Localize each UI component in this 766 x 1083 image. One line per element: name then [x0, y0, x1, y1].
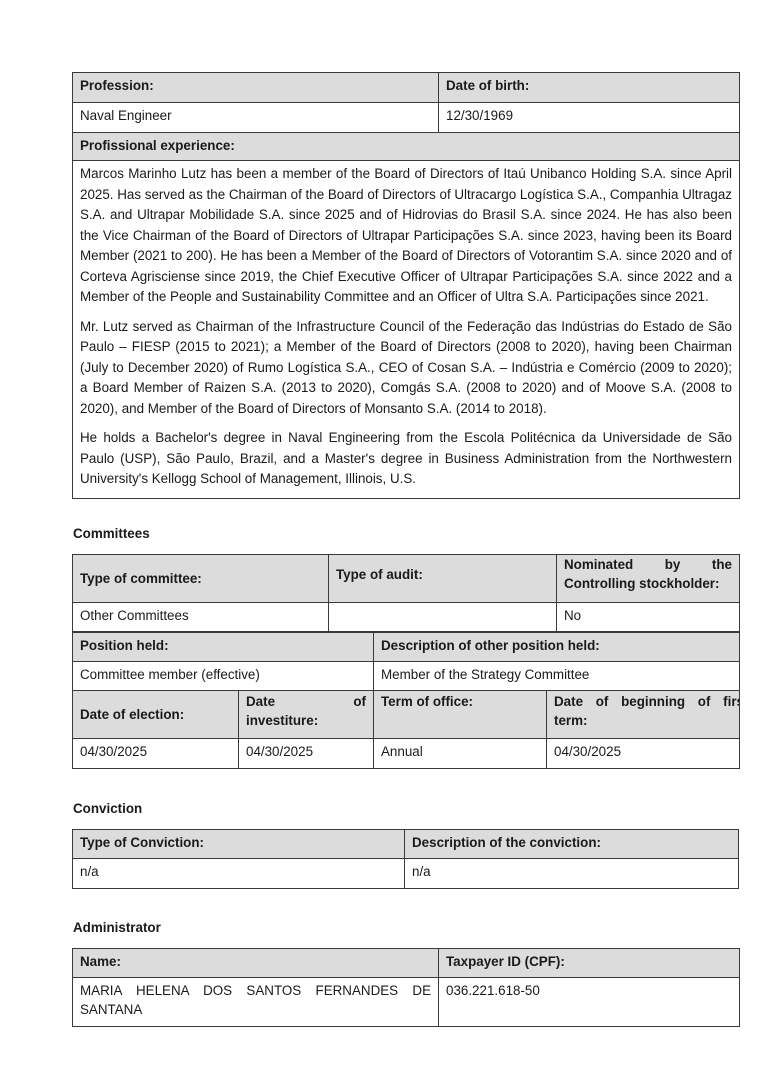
nominated-value: No [557, 603, 740, 632]
first-term-line1: Date of beginning of first [554, 692, 739, 711]
date-of-investiture-value: 04/30/2025 [239, 739, 374, 769]
profession-value: Naval Engineer [73, 103, 439, 133]
investiture-line1: Date of [246, 692, 366, 711]
committee-position-table: Position held: Description of other posi… [72, 632, 740, 769]
first-term-value: 04/30/2025 [547, 739, 740, 769]
committees-title: Committees [73, 526, 150, 541]
type-of-committee-value: Other Committees [73, 603, 329, 632]
other-position-value: Member of the Strategy Committee [374, 662, 740, 691]
administrator-cpf-value: 036.221.618-50 [439, 978, 740, 1027]
profession-label: Profession: [73, 73, 439, 103]
experience-paragraph: Mr. Lutz served as Chairman of the Infra… [80, 317, 732, 420]
administrator-title: Administrator [73, 920, 161, 935]
date-of-election-value: 04/30/2025 [73, 739, 239, 769]
conviction-title: Conviction [73, 801, 142, 816]
conviction-description-label: Description of the conviction: [405, 830, 739, 859]
administrator-table: Name: Taxpayer ID (CPF): MARIA HELENA DO… [72, 948, 740, 1027]
administrator-name-value: MARIA HELENA DOS SANTOS FERNANDES DE SAN… [73, 978, 439, 1027]
administrator-name-label: Name: [73, 949, 439, 978]
conviction-table: Type of Conviction: Description of the c… [72, 829, 739, 889]
type-of-audit-label: Type of audit: [329, 555, 557, 603]
nominated-label: Nominated by the Controlling stockholder… [557, 555, 740, 603]
position-held-value: Committee member (effective) [73, 662, 374, 691]
type-of-committee-label: Type of committee: [73, 555, 329, 603]
experience-text: Marcos Marinho Lutz has been a member of… [73, 161, 740, 499]
type-of-audit-value [329, 603, 557, 632]
experience-label: Profissional experience: [73, 133, 740, 161]
conviction-type-label: Type of Conviction: [73, 830, 405, 859]
date-of-election-label: Date of election: [73, 691, 239, 739]
first-term-line2: term: [554, 711, 739, 730]
nominated-label-line1: Nominated by the [564, 555, 732, 574]
dob-label: Date of birth: [439, 73, 740, 103]
other-position-label: Description of other position held: [374, 633, 740, 662]
date-of-investiture-label: Date of investiture: [239, 691, 374, 739]
conviction-type-value: n/a [73, 859, 405, 889]
profile-table: Profession: Date of birth: Naval Enginee… [72, 72, 740, 499]
nominated-label-line2: Controlling stockholder: [564, 574, 732, 593]
term-of-office-value: Annual [374, 739, 547, 769]
first-term-label: Date of beginning of first term: [547, 691, 740, 739]
investiture-line2: investiture: [246, 711, 366, 730]
administrator-cpf-label: Taxpayer ID (CPF): [439, 949, 740, 978]
conviction-description-value: n/a [405, 859, 739, 889]
term-of-office-label: Term of office: [374, 691, 547, 739]
experience-paragraph: Marcos Marinho Lutz has been a member of… [80, 164, 732, 308]
dob-value: 12/30/1969 [439, 103, 740, 133]
position-held-label: Position held: [73, 633, 374, 662]
committee-type-table: Type of committee: Type of audit: Nomina… [72, 554, 740, 632]
experience-paragraph: He holds a Bachelor's degree in Naval En… [80, 428, 732, 490]
